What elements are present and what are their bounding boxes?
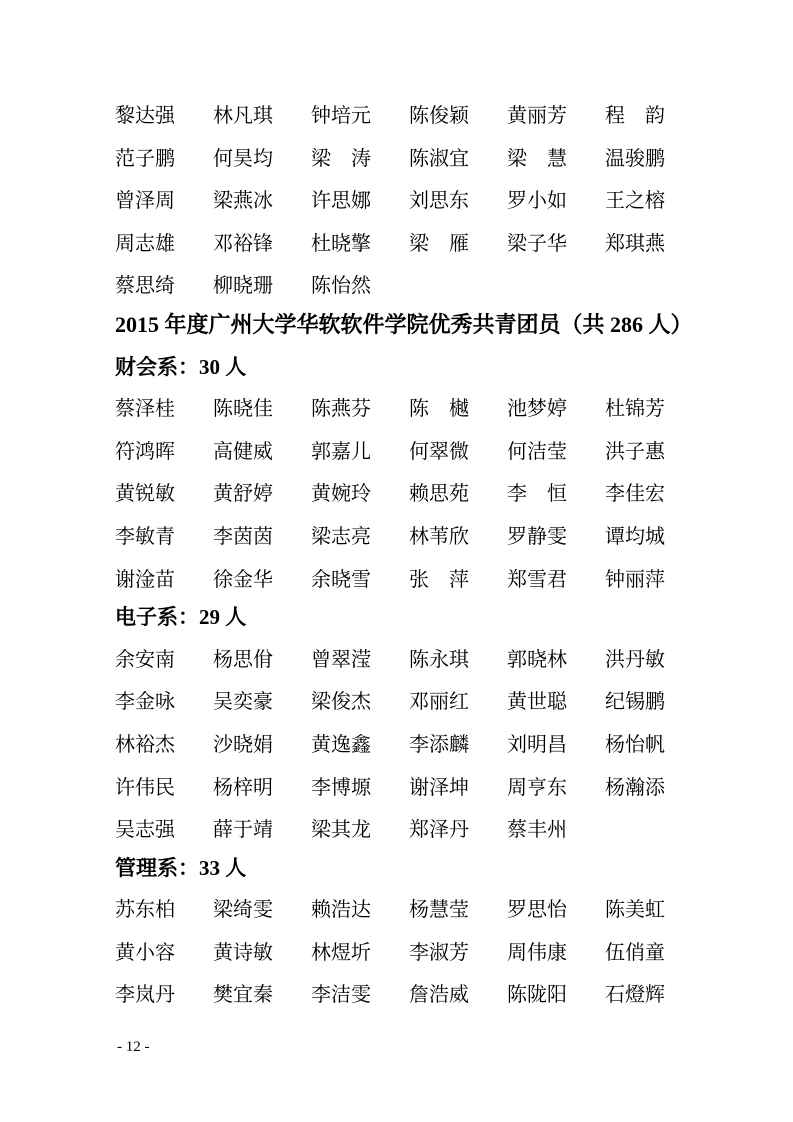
person-name: 余安南 [115,649,175,692]
person-name: 黄世聪 [507,691,567,734]
person-name: 李添麟 [409,734,469,777]
person-name: 曾泽周 [115,190,175,233]
person-name: 陈淑宜 [409,148,469,191]
person-name: 赖浩达 [311,899,371,942]
person-name: 陈晓佳 [213,398,273,441]
person-name: 温骏鹏 [605,148,665,191]
person-name: 陈燕芬 [311,398,371,441]
person-name: 高健威 [213,441,273,484]
person-name: 黄丽芳 [507,105,567,148]
section-title-line: 电子系：29 人 [115,606,678,649]
person-name: 郑琪燕 [605,233,665,276]
name-row: 余安南杨思佾曾翠滢陈永琪郭晓林洪丹敏 [115,649,678,692]
person-name: 刘明昌 [507,734,567,777]
person-name: 林苇欣 [409,526,469,569]
person-name: 曾翠滢 [311,649,371,692]
name-row: 符鸿晖高健威郭嘉儿何翠微何洁莹洪子惠 [115,441,678,484]
document-body: 黎达强林凡琪钟培元陈俊颖黄丽芳程 韵范子鹏何昊均梁 涛陈淑宜梁 慧温骏鹏曾泽周梁… [115,105,678,1027]
name-row: 苏东柏梁绮雯赖浩达杨慧莹罗思怡陈美虹 [115,899,678,942]
person-name: 梁其龙 [311,819,371,862]
name-row: 周志雄邓裕锋杜晓擎梁 雁梁子华郑琪燕 [115,233,678,276]
person-name: 洪子惠 [605,441,665,484]
person-name: 罗静雯 [507,526,567,569]
name-row: 黎达强林凡琪钟培元陈俊颖黄丽芳程 韵 [115,105,678,148]
person-name: 蔡丰州 [507,819,567,862]
person-name: 梁子华 [507,233,567,276]
person-name: 苏东柏 [115,899,175,942]
person-name: 梁绮雯 [213,899,273,942]
person-name: 张 萍 [409,569,469,612]
person-name: 詹浩威 [409,984,469,1027]
person-name: 何洁莹 [507,441,567,484]
person-name: 梁燕冰 [213,190,273,233]
person-name: 黄逸鑫 [311,734,371,777]
person-name: 李洁雯 [311,984,371,1027]
person-name: 钟培元 [311,105,371,148]
section-title: 电子系：29 人 [115,606,678,629]
person-name: 邓丽红 [409,691,469,734]
person-name: 郑雪君 [507,569,567,612]
person-name: 王之榕 [605,190,665,233]
person-name: 石燈辉 [605,984,665,1027]
person-name: 范子鹏 [115,148,175,191]
person-name: 蔡泽桂 [115,398,175,441]
person-name: 黎达强 [115,105,175,148]
person-name: 罗思怡 [507,899,567,942]
person-name: 梁俊杰 [311,691,371,734]
person-name: 黄诗敏 [213,942,273,985]
name-row: 范子鹏何昊均梁 涛陈淑宜梁 慧温骏鹏 [115,148,678,191]
person-name: 程 韵 [605,105,665,148]
person-name: 樊宜秦 [213,984,273,1027]
person-name: 周志雄 [115,233,175,276]
person-name: 沙晓娟 [213,734,273,777]
person-name: 杜锦芳 [605,398,665,441]
person-name: 周亨东 [507,777,567,820]
person-name: 梁 雁 [409,233,469,276]
person-name: 谢泽坤 [409,777,469,820]
department-sections: 财会系：30 人蔡泽桂陈晓佳陈燕芬陈 樾池梦婷杜锦芳符鸿晖高健威郭嘉儿何翠微何洁… [115,356,678,1028]
name-row: 李敏青李茵茵梁志亮林苇欣罗静雯谭均城 [115,526,678,569]
person-name: 黄婉玲 [311,483,371,526]
document-heading: 2015 年度广州大学华软软件学院优秀共青团员（共 286 人） [115,313,678,337]
person-name: 陈 樾 [409,398,469,441]
person-name: 何翠微 [409,441,469,484]
name-row: 黄小容黄诗敏林煜圻李淑芳周伟康伍俏童 [115,942,678,985]
person-name: 李金咏 [115,691,175,734]
person-name: 杨思佾 [213,649,273,692]
person-name: 李博塬 [311,777,371,820]
person-name: 郑泽丹 [409,819,469,862]
person-name: 钟丽萍 [605,569,665,612]
person-name: 陈俊颖 [409,105,469,148]
person-name: 李佳宏 [605,483,665,526]
heading-line: 2015 年度广州大学华软软件学院优秀共青团员（共 286 人） [115,313,678,356]
person-name: 吴奕豪 [213,691,273,734]
page-number: - 12 - [117,1038,150,1056]
section-title: 财会系：30 人 [115,356,678,379]
person-name: 梁 慧 [507,148,567,191]
person-name: 杨梓明 [213,777,273,820]
person-name: 谭均城 [605,526,665,569]
person-name: 赖思苑 [409,483,469,526]
person-name: 余晓雪 [311,569,371,612]
section-title-line: 管理系：33 人 [115,857,678,900]
person-name: 李茵茵 [213,526,273,569]
person-name: 邓裕锋 [213,233,273,276]
person-name: 陈陇阳 [507,984,567,1027]
person-name: 李 恒 [507,483,567,526]
person-name: 郭晓林 [507,649,567,692]
name-row: 李岚丹樊宜秦李洁雯詹浩威陈陇阳石燈辉 [115,984,678,1027]
person-name: 何昊均 [213,148,273,191]
person-name: 纪锡鹏 [605,691,665,734]
person-name: 杜晓擎 [311,233,371,276]
person-name: 梁志亮 [311,526,371,569]
person-name: 周伟康 [507,942,567,985]
name-row: 许伟民杨梓明李博塬谢泽坤周亨东杨瀚添 [115,777,678,820]
person-name: 池梦婷 [507,398,567,441]
person-name: 杨瀚添 [605,777,665,820]
section-title-line: 财会系：30 人 [115,356,678,399]
person-name: 李淑芳 [409,942,469,985]
person-name: 黄舒婷 [213,483,273,526]
section-title: 管理系：33 人 [115,857,678,880]
name-row: 林裕杰沙晓娟黄逸鑫李添麟刘明昌杨怡帆 [115,734,678,777]
continuation-name-list: 黎达强林凡琪钟培元陈俊颖黄丽芳程 韵范子鹏何昊均梁 涛陈淑宜梁 慧温骏鹏曾泽周梁… [115,105,678,318]
person-name: 陈永琪 [409,649,469,692]
person-name: 郭嘉儿 [311,441,371,484]
person-name: 刘思东 [409,190,469,233]
name-row: 黄锐敏黄舒婷黄婉玲赖思苑李 恒李佳宏 [115,483,678,526]
person-name: 许伟民 [115,777,175,820]
person-name: 杨怡帆 [605,734,665,777]
person-name: 李敏青 [115,526,175,569]
person-name: 罗小如 [507,190,567,233]
name-row: 曾泽周梁燕冰许思娜刘思东罗小如王之榕 [115,190,678,233]
person-name: 林凡琪 [213,105,273,148]
person-name: 陈美虹 [605,899,665,942]
person-name: 伍俏童 [605,942,665,985]
document-page: 黎达强林凡琪钟培元陈俊颖黄丽芳程 韵范子鹏何昊均梁 涛陈淑宜梁 慧温骏鹏曾泽周梁… [0,0,793,1122]
person-name: 黄小容 [115,942,175,985]
person-name: 李岚丹 [115,984,175,1027]
person-name: 杨慧莹 [409,899,469,942]
person-name: 黄锐敏 [115,483,175,526]
person-name: 洪丹敏 [605,649,665,692]
person-name: 符鸿晖 [115,441,175,484]
person-name: 林裕杰 [115,734,175,777]
name-row: 李金咏吴奕豪梁俊杰邓丽红黄世聪纪锡鹏 [115,691,678,734]
person-name: 梁 涛 [311,148,371,191]
person-name: 林煜圻 [311,942,371,985]
person-name: 许思娜 [311,190,371,233]
name-row: 蔡泽桂陈晓佳陈燕芬陈 樾池梦婷杜锦芳 [115,398,678,441]
